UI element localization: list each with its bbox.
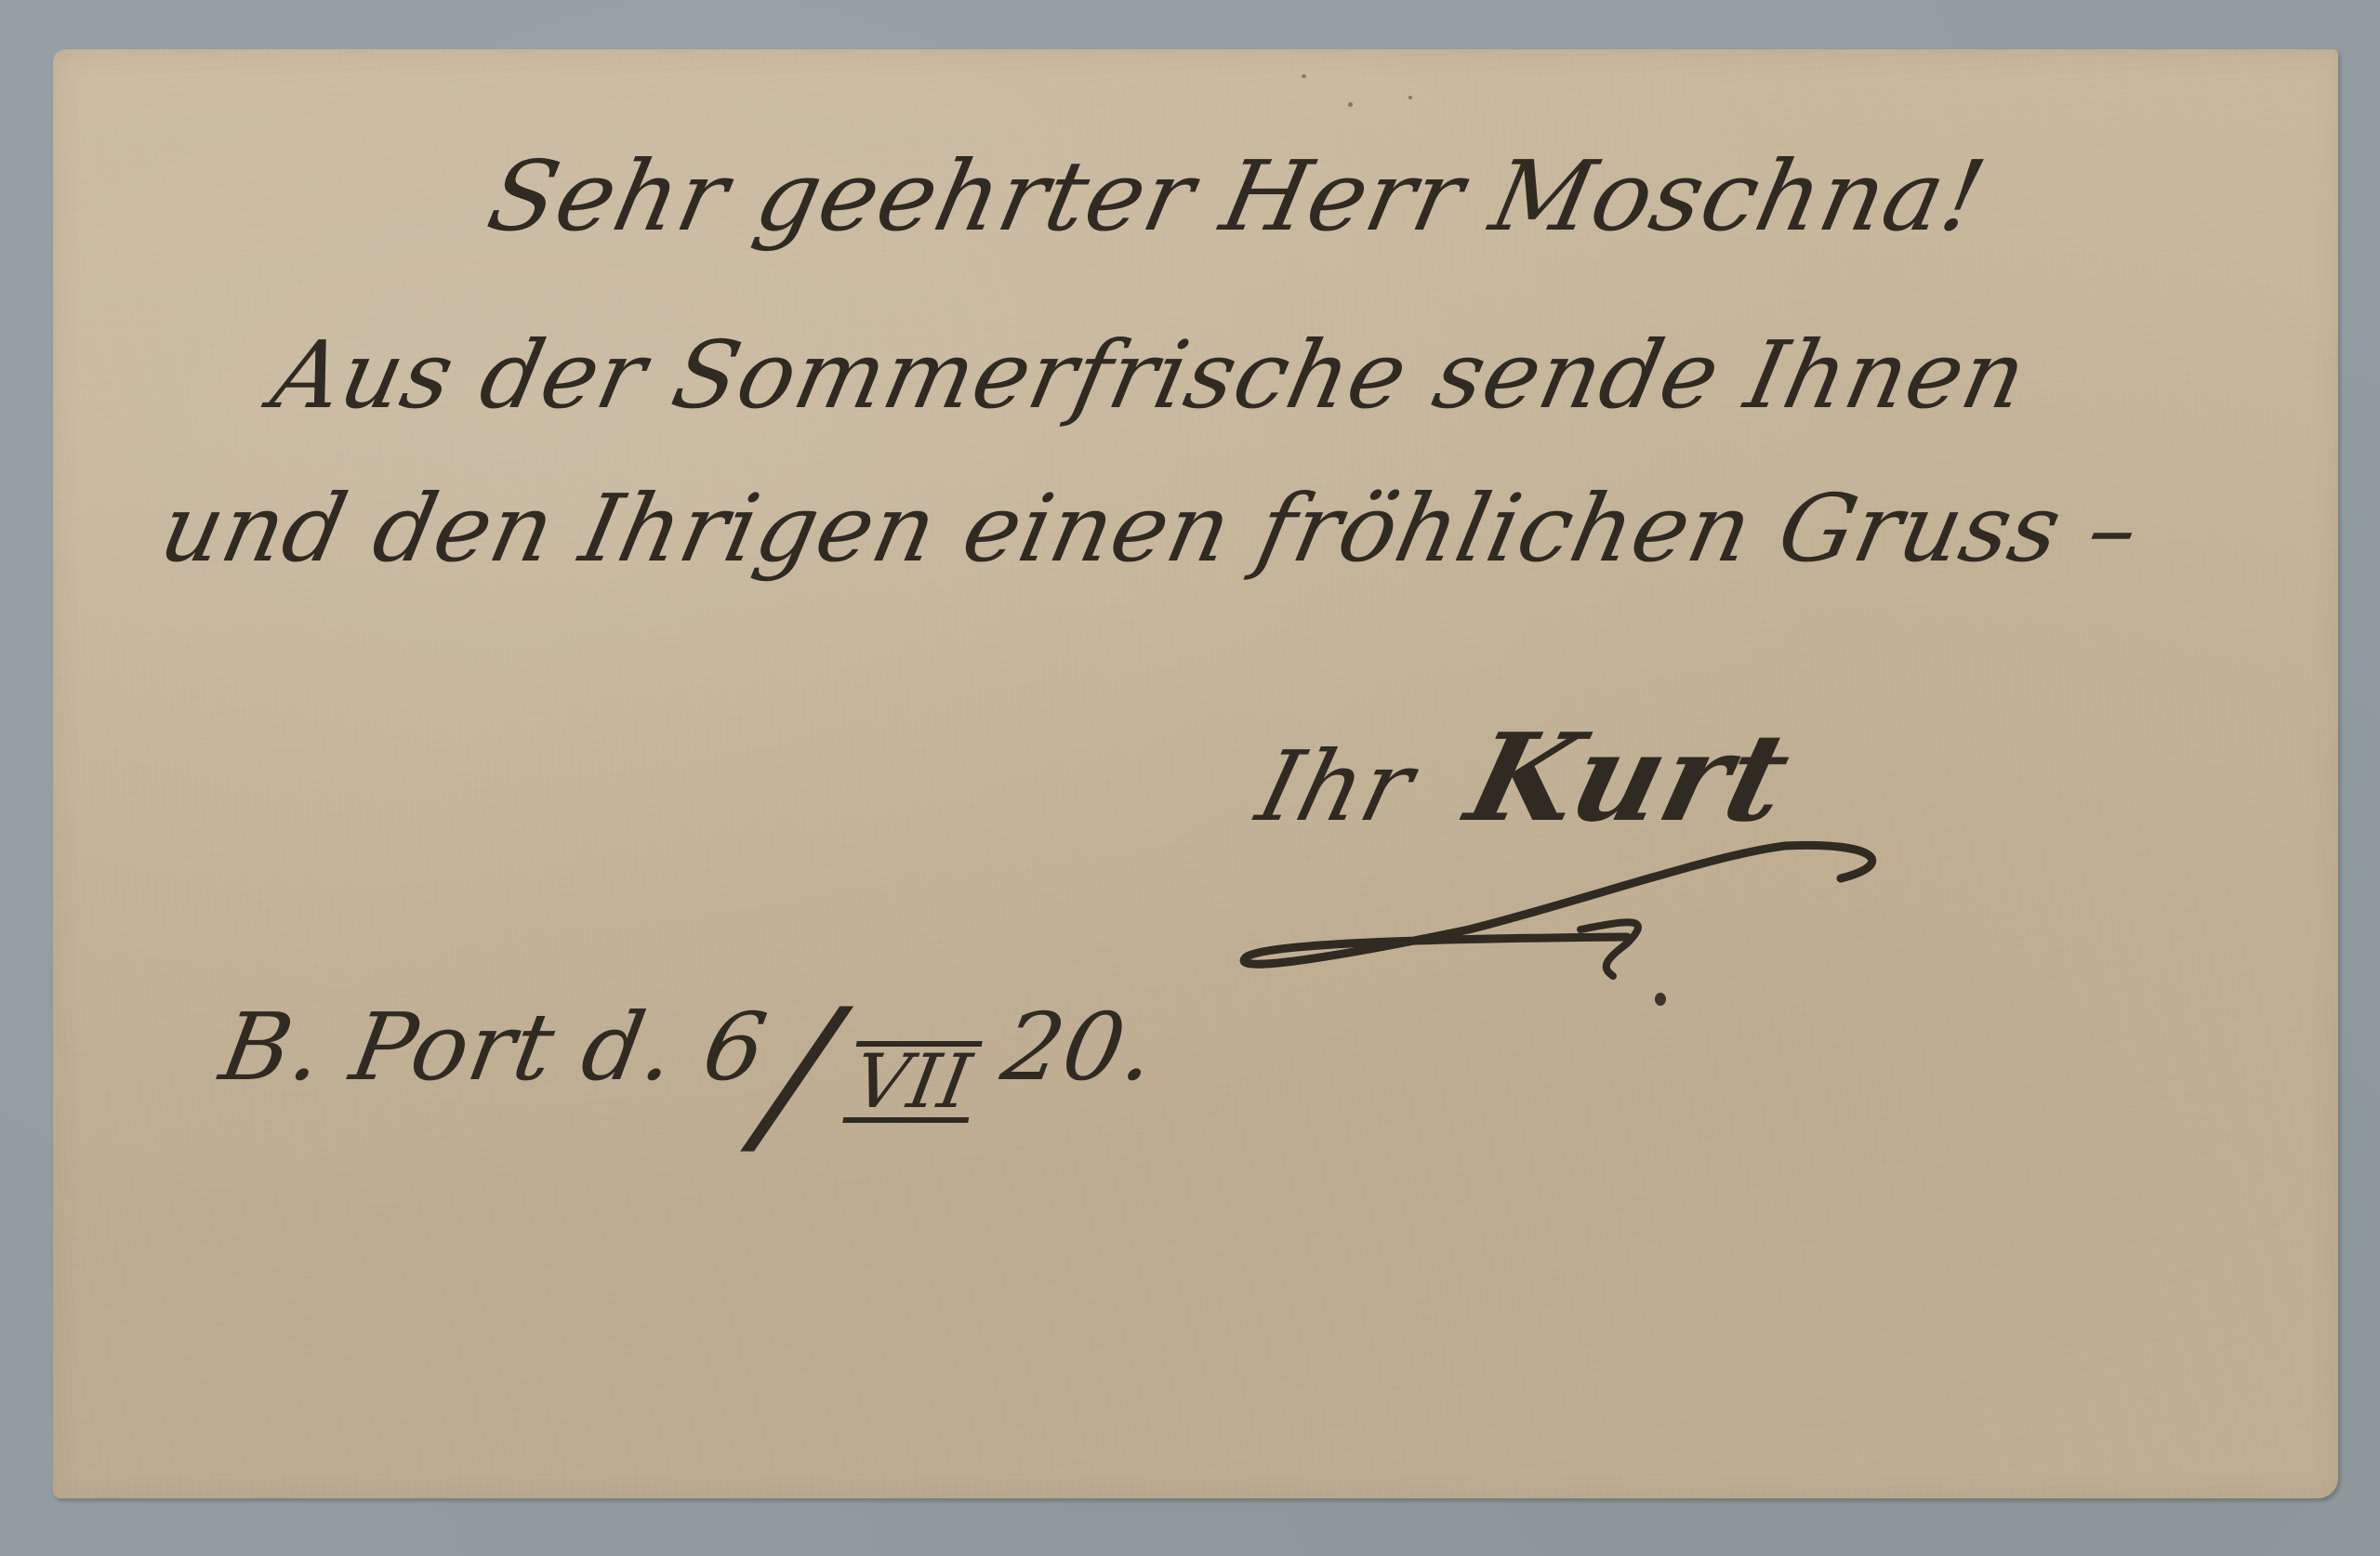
ink-dot xyxy=(1655,993,1666,1006)
message-line-1: Aus der Sommerfrische sende Ihnen xyxy=(263,321,2036,429)
ink-speck xyxy=(1302,74,1306,78)
salutation-line: Sehr geehrter Herr Moschna! xyxy=(479,139,1995,253)
place-text: B. Port d. 6 xyxy=(213,993,774,1101)
signature-flourish-icon xyxy=(1190,827,1897,985)
place-and-date: B. Port d. 6/VII20. xyxy=(200,971,1168,1177)
year-text: 20. xyxy=(995,993,1165,1101)
closing-prefix: Ihr xyxy=(1247,730,1424,843)
ink-speck xyxy=(1408,96,1412,99)
postcard xyxy=(53,49,2338,1498)
message-line-2: und den Ihrigen einen fröhlichen Gruss – xyxy=(152,474,2149,583)
month-roman: VII xyxy=(842,1041,984,1123)
ink-speck xyxy=(1348,102,1353,107)
